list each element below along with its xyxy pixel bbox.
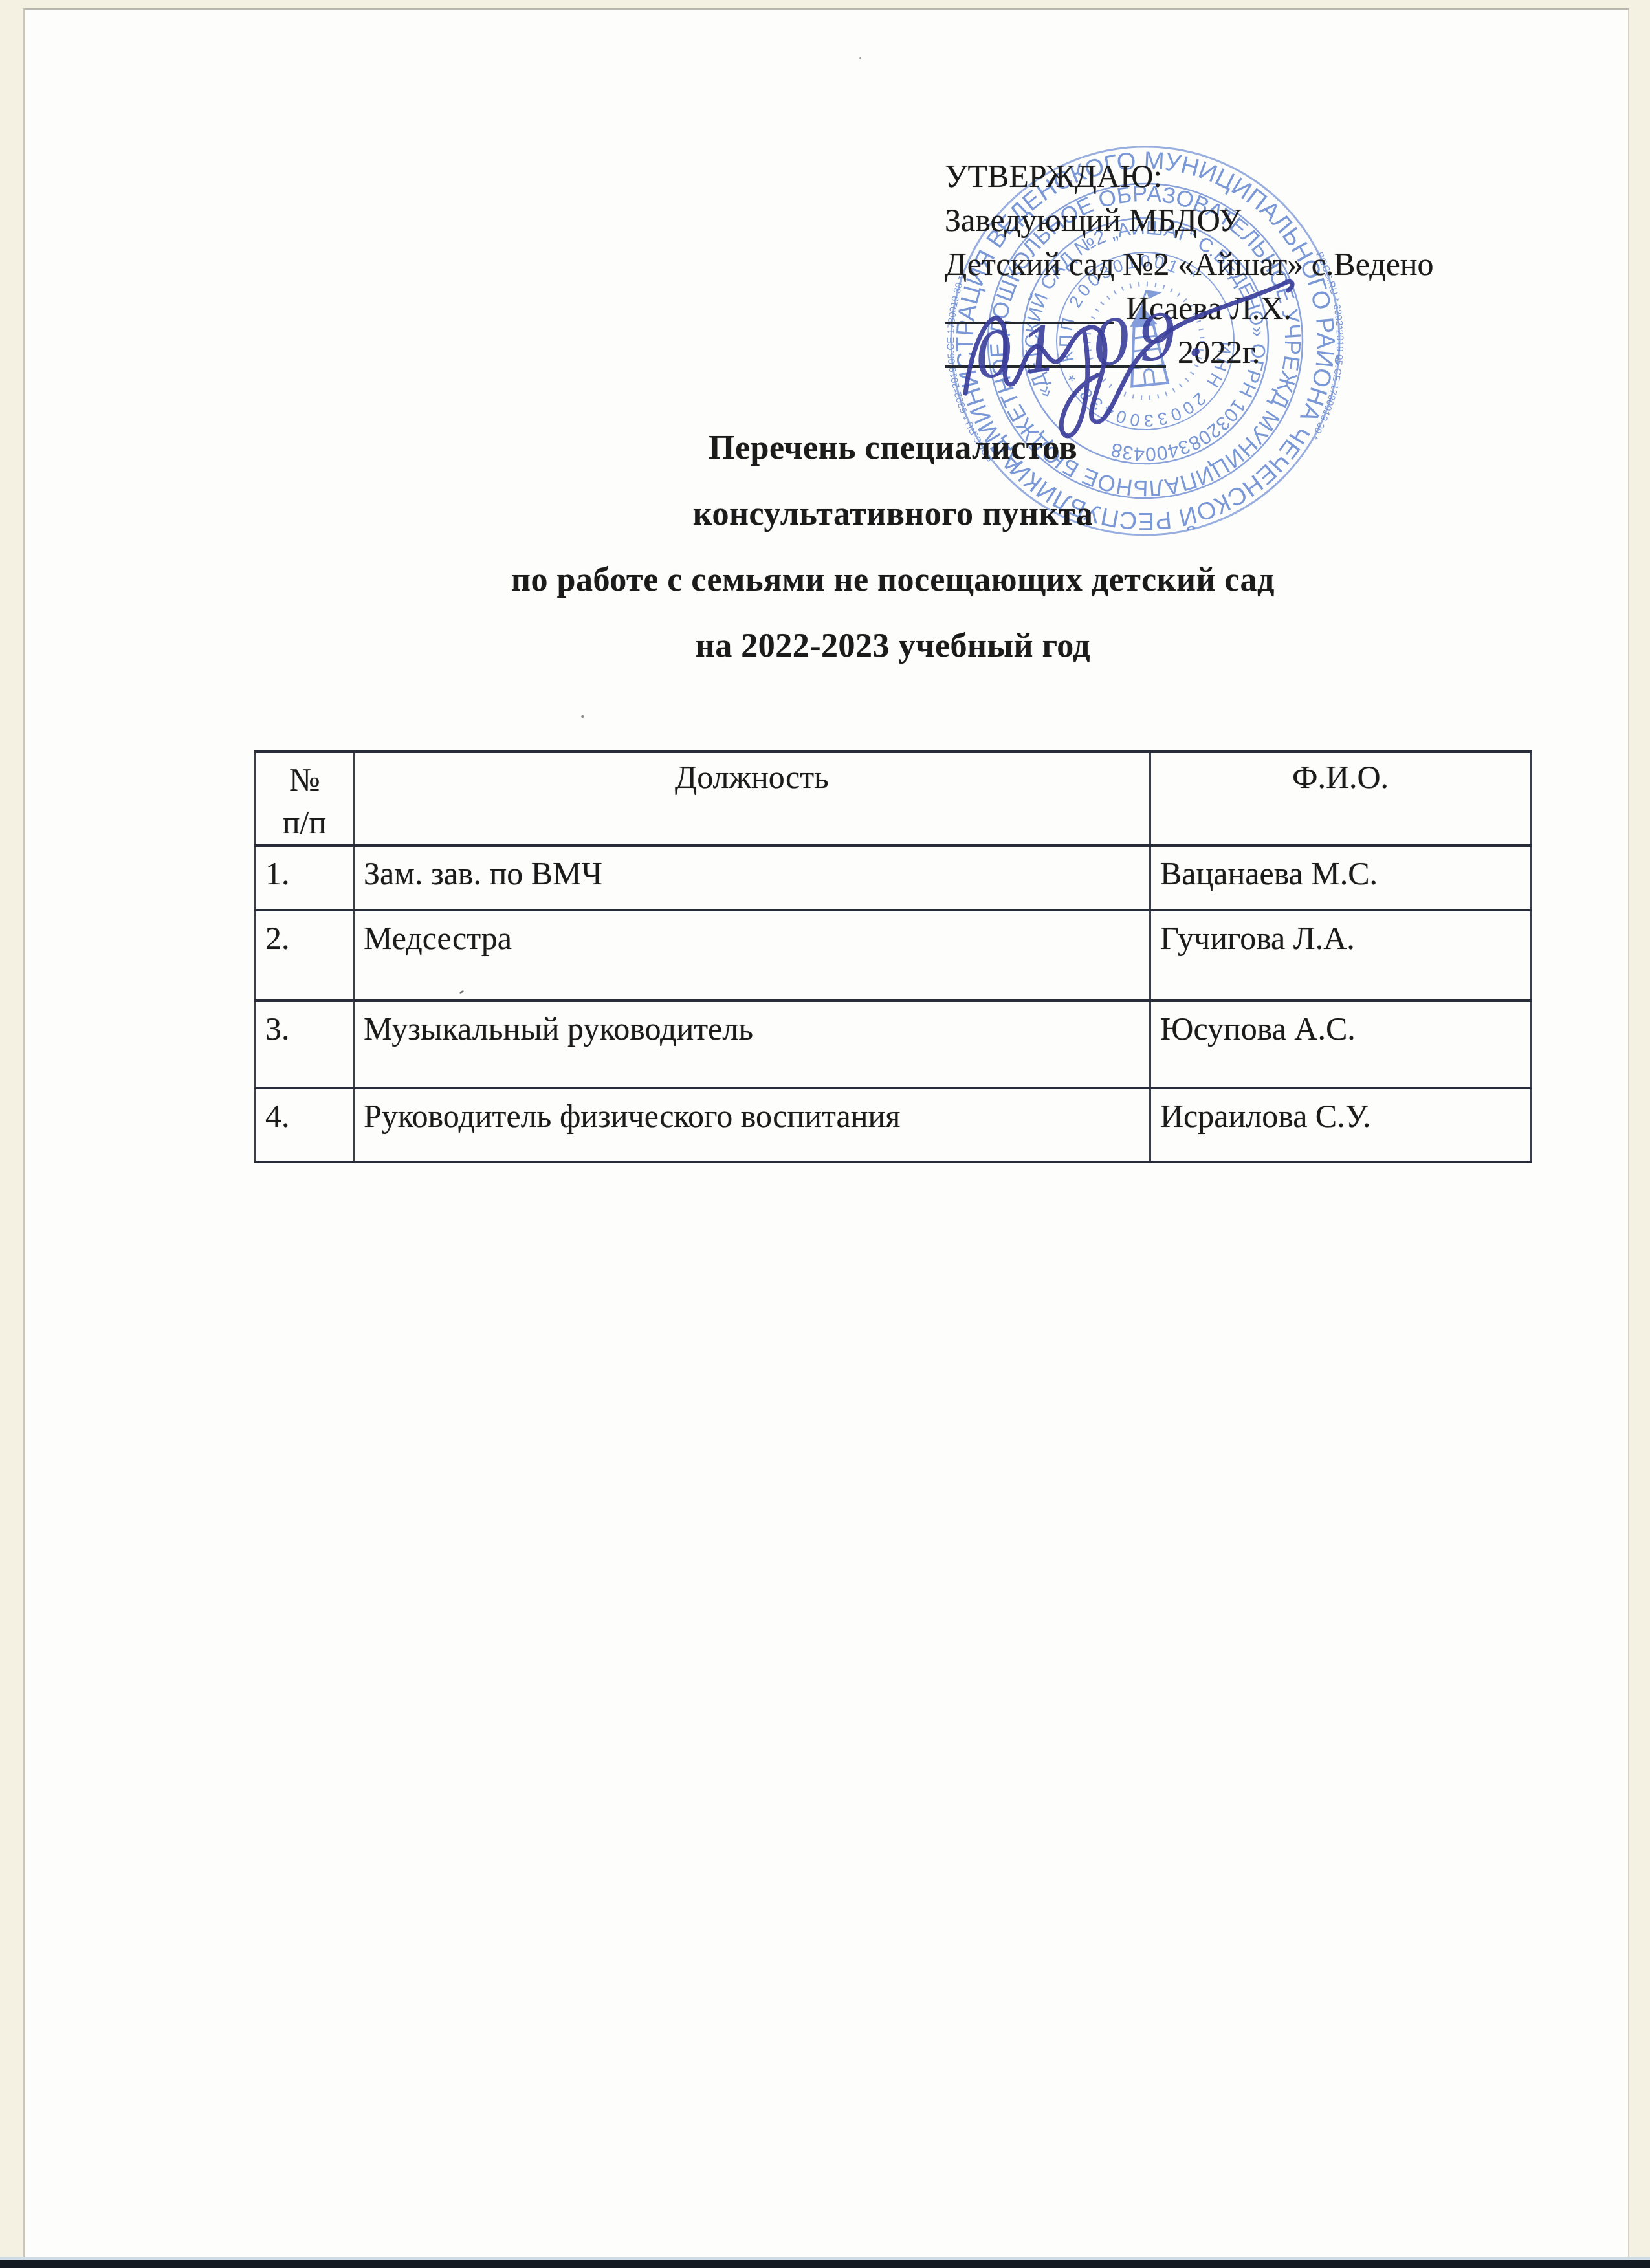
- row-name: Гучигова Л.А.: [1150, 910, 1531, 1001]
- title-line-2: консультативного пункта: [246, 481, 1540, 547]
- column-header-position: Должность: [354, 752, 1150, 845]
- table-row: 4. Руководитель физического воспитания И…: [256, 1088, 1531, 1162]
- approval-line: УТВЕРЖДАЮ:: [945, 154, 1434, 198]
- header-num-line2: п/п: [257, 801, 352, 844]
- handwritten-signature: 01 09.: [932, 246, 1385, 479]
- table-header-row: № п/п Должность Ф.И.О.: [256, 752, 1531, 845]
- table-row: 3. Музыкальный руководитель Юсупова А.С.: [256, 1001, 1531, 1088]
- scanner-edge-strip: [0, 2260, 1650, 2268]
- row-num: 2.: [256, 910, 354, 1001]
- handwritten-date: 01 09.: [971, 296, 1214, 393]
- row-num: 3.: [256, 1001, 354, 1088]
- row-num: 4.: [256, 1088, 354, 1162]
- table-row: 1. Зам. зав. по ВМЧ Вацанаева М.С.: [256, 845, 1531, 910]
- row-position: Зам. зав. по ВМЧ: [354, 845, 1150, 910]
- header-num-line1: №: [257, 758, 352, 801]
- row-position: Музыкальный руководитель: [354, 1001, 1150, 1088]
- row-name: Юсупова А.С.: [1150, 1001, 1531, 1088]
- scanned-document-page: РОСС.RU * 6392*2019 05.СЕ 1780019 30 * Р…: [0, 0, 1650, 2268]
- table-row: 2. Медсестра Гучигова Л.А.: [256, 910, 1531, 1001]
- row-position: Медсестра: [354, 910, 1150, 1001]
- title-line-3: по работе с семьями не посещающих детски…: [246, 547, 1540, 613]
- specialists-table: № п/п Должность Ф.И.О. 1. Зам. зав. по В…: [254, 750, 1532, 1163]
- scan-speck: [581, 715, 584, 718]
- row-position: Руководитель физического воспитания: [354, 1088, 1150, 1162]
- row-num: 1.: [256, 845, 354, 910]
- scan-speck: [859, 57, 861, 59]
- specialists-table-container: № п/п Должность Ф.И.О. 1. Зам. зав. по В…: [254, 750, 1532, 1163]
- row-name: Исраилова С.У.: [1150, 1088, 1531, 1162]
- column-header-name: Ф.И.О.: [1150, 752, 1531, 845]
- column-header-num: № п/п: [256, 752, 354, 845]
- row-name: Вацанаева М.С.: [1150, 845, 1531, 910]
- approval-line: Заведующий МБДОУ: [945, 198, 1434, 242]
- title-line-4: на 2022-2023 учебный год: [246, 613, 1540, 679]
